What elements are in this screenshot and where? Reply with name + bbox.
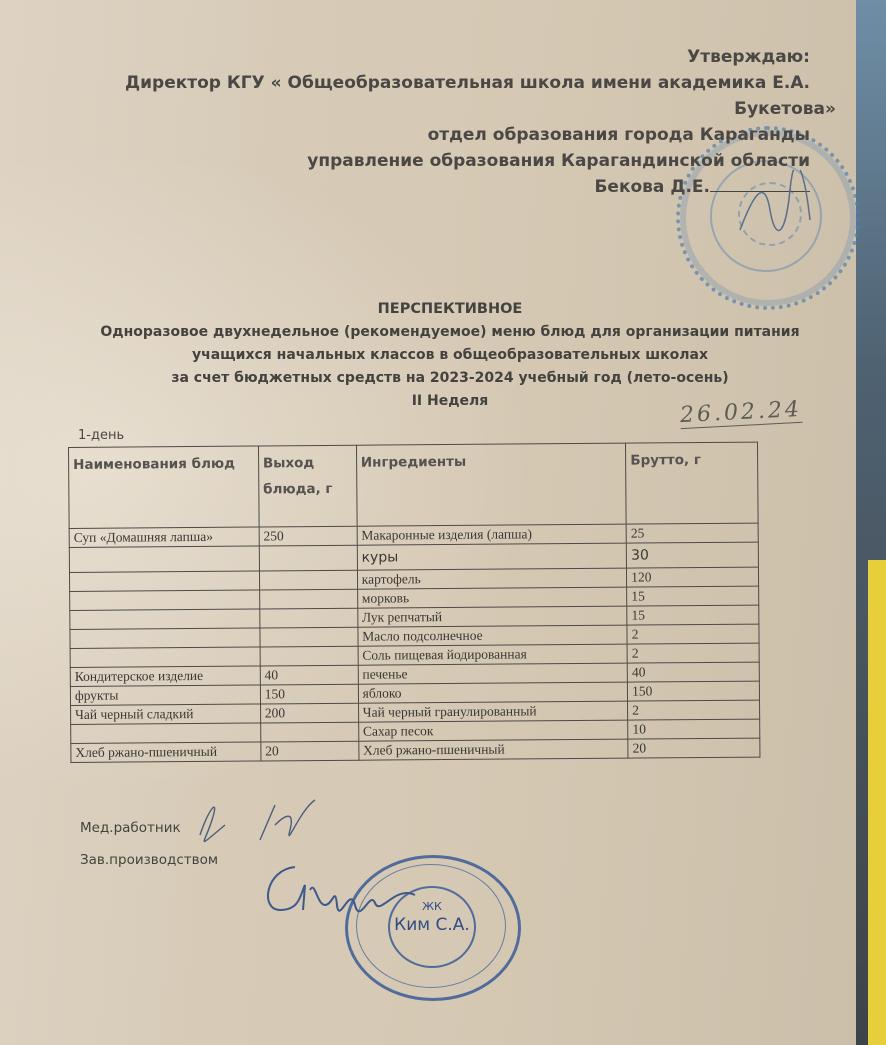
cell-yield (259, 570, 357, 590)
cell-ingredient: печенье (358, 663, 628, 684)
cell-gross: 30 (626, 542, 758, 568)
cell-ingredient: Чай черный гранулированный (358, 701, 628, 722)
cell-dish (70, 628, 260, 648)
cell-dish: Чай черный сладкий (71, 704, 261, 724)
cell-gross: 10 (628, 719, 760, 739)
cell-yield: 200 (260, 703, 358, 723)
title-line-2: учащихся начальных классов в общеобразов… (60, 344, 840, 367)
cell-dish (70, 590, 260, 610)
cell-ingredient: куры (357, 543, 627, 570)
approval-heading: Утверждаю: (125, 44, 810, 70)
approval-block: Утверждаю: Директор КГУ « Общеобразовате… (125, 44, 810, 200)
stamp-top-text: ЖК (390, 900, 474, 913)
cell-dish: Суп «Домашняя лапша» (69, 527, 259, 547)
cell-yield: 40 (260, 665, 358, 685)
stamp-center: ЖК Ким С.А. (388, 886, 476, 968)
cell-gross: 2 (627, 643, 759, 663)
director-signature-icon (730, 170, 820, 250)
document-title-block: ПЕРСПЕКТИВНОЕ Одноразовое двухнедельное … (60, 298, 840, 413)
cell-yield (259, 589, 357, 609)
cell-gross: 40 (627, 662, 759, 682)
cell-gross: 15 (627, 605, 759, 625)
approval-signer-row: Бекова Д.Е. (125, 174, 810, 200)
header-yield: Выход блюда, г (258, 445, 357, 527)
cell-gross: 2 (628, 700, 760, 720)
menu-table: Наименования блюд Выход блюда, г Ингреди… (68, 442, 760, 763)
cell-ingredient: Хлеб ржано-пшеничный (358, 739, 628, 760)
approval-line-2: Букетова» (125, 96, 836, 122)
header-ingredients: Ингредиенты (356, 443, 626, 526)
yellow-wall-edge (868, 560, 886, 1045)
cell-ingredient: Соль пищевая йодированная (358, 644, 628, 665)
cell-yield: 20 (261, 741, 359, 761)
cell-yield (260, 608, 358, 628)
cell-ingredient: Масло подсолнечное (358, 625, 628, 646)
header-gross: Брутто, г (626, 442, 758, 524)
cell-yield (259, 545, 357, 571)
cell-yield (260, 627, 358, 647)
cell-yield: 250 (259, 526, 357, 546)
cell-gross: 20 (628, 738, 760, 758)
cell-yield (260, 722, 358, 742)
kim-stamp: ЖК Ким С.А. (345, 855, 521, 1001)
cell-ingredient: Макаронные изделия (лапша) (357, 524, 627, 545)
approval-line-4: управление образования Карагандинской об… (125, 148, 810, 174)
title-kind: ПЕРСПЕКТИВНОЕ (60, 298, 840, 321)
cell-ingredient: Сахар песок (358, 720, 628, 741)
header-dish: Наименования блюд (69, 446, 259, 528)
cell-dish (71, 723, 261, 743)
cell-dish (70, 647, 260, 667)
cell-dish: Хлеб ржано-пшеничный (71, 742, 261, 762)
cell-gross: 2 (627, 624, 759, 644)
cell-yield: 150 (260, 684, 358, 704)
stamp-name: Ким С.А. (390, 915, 474, 935)
cell-gross: 15 (627, 586, 759, 606)
cell-gross: 120 (627, 567, 759, 587)
medic-signature-icon (180, 790, 330, 860)
cell-gross: 150 (628, 681, 760, 701)
cell-yield (260, 646, 358, 666)
cell-dish: Кондитерское изделие (70, 666, 260, 686)
cell-dish (69, 571, 259, 591)
title-line-1: Одноразовое двухнедельное (рекомендуемое… (60, 321, 840, 344)
approval-signer: Бекова Д.Е. (594, 177, 710, 197)
cell-ingredient: Лук репчатый (357, 606, 627, 627)
cell-ingredient: картофель (357, 568, 627, 589)
cell-dish (70, 609, 260, 629)
cell-dish: фрукты (70, 685, 260, 705)
approval-line-3: отдел образования города Караганды (125, 122, 810, 148)
cell-ingredient: яблоко (358, 682, 628, 703)
cell-gross: 25 (626, 523, 758, 543)
approval-line-1: Директор КГУ « Общеобразовательная школа… (125, 70, 810, 96)
title-line-3: за счет бюджетных средств на 2023-2024 у… (60, 367, 840, 390)
cell-ingredient: морковь (357, 587, 627, 608)
day-label: 1-день (78, 428, 124, 443)
table-header-row: Наименования блюд Выход блюда, г Ингреди… (69, 442, 759, 528)
cell-dish (69, 546, 259, 572)
